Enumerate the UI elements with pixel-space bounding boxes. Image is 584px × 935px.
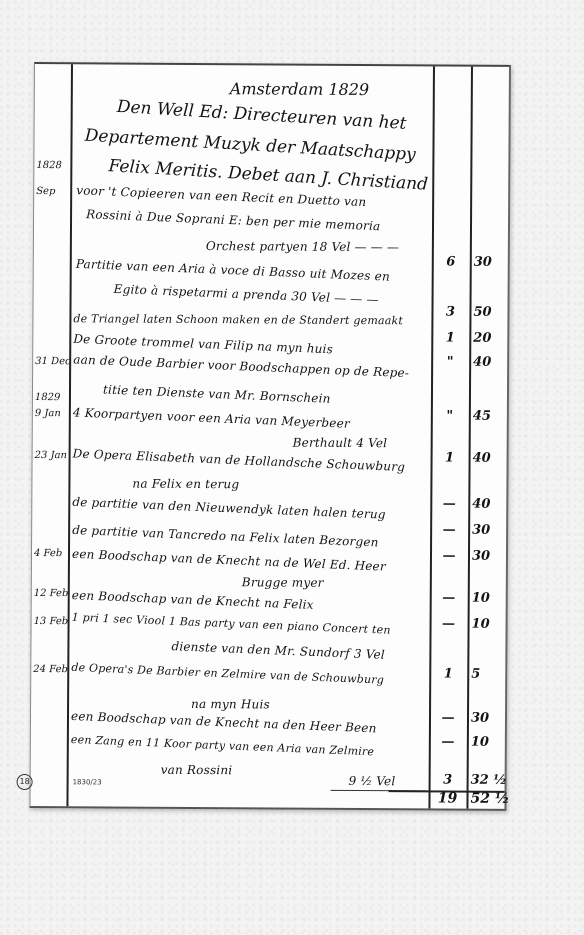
entry-text: na myn Huis: [191, 697, 270, 711]
entry-date: 31 Dec: [35, 356, 71, 367]
entry-guilders: —: [432, 616, 466, 631]
entry-date: 4 Feb: [34, 548, 62, 559]
date-column-rule: [66, 64, 72, 806]
entry-text: De Opera Elisabeth van de Hollandsche Sc…: [72, 446, 405, 474]
entry-cents: 30: [472, 549, 506, 564]
entry-guilders: —: [431, 734, 465, 749]
entry-guilders: 1: [433, 450, 467, 465]
entry-cents: 10: [472, 617, 506, 632]
entry-text: aan de Oude Barbier voor Boodschappen op…: [73, 352, 409, 380]
entry-guilders: 3: [433, 304, 467, 319]
entry-guilders: 6: [434, 254, 468, 269]
entry-text: 4 Koorpartyen voor een Aria van Meyerbee…: [73, 405, 350, 430]
entry-date: 9 Jan: [35, 408, 61, 419]
guilders-column-rule: [428, 66, 434, 808]
entry-text: de Opera's De Barbier en Zelmire van de …: [71, 661, 384, 687]
cents-column-rule: [466, 67, 472, 809]
entry-text: dienste van den Mr. Sundorf 3 Vel: [171, 639, 385, 662]
salutation: Den Well Ed: Directeuren van het: [116, 97, 407, 134]
entry-cents: 32 ½: [471, 773, 505, 788]
entry-date: 24 Feb: [33, 664, 68, 675]
entry-guilders: —: [432, 522, 466, 537]
entry-guilders: 1: [431, 666, 465, 681]
entry-guilders: ": [433, 408, 467, 423]
entry-text: Brugge myer: [242, 575, 324, 589]
entry-cents: 30: [472, 523, 506, 538]
entry-cents: 20: [473, 331, 507, 346]
entry-cents: 40: [473, 355, 507, 370]
entry-cents: 30: [474, 255, 508, 270]
entry-text: na Felix en terug: [132, 477, 239, 492]
entry-text: de Triangel laten Schoon maken en de Sta…: [73, 312, 403, 327]
entry-cents: 10: [471, 735, 505, 750]
entry-cents: 40: [472, 497, 506, 512]
total-guilders: 19: [430, 790, 464, 806]
entry-guilders: 3: [431, 772, 465, 787]
entry-date: 1829: [35, 392, 61, 403]
invoice-sheet: Amsterdam 1829 Den Well Ed: Directeuren …: [29, 62, 511, 811]
entry-guilders: —: [432, 548, 466, 563]
entry-text: de partitie van Tancredo na Felix laten …: [72, 523, 379, 550]
entry-text: een Boodschap van de Knecht na Felix: [72, 588, 314, 612]
entry-guilders: —: [432, 590, 466, 605]
entry-text: titie ten Dienste van Mr. Bornschein: [103, 382, 331, 405]
entry-text: Egito à rispetarmi a prenda 30 Vel — — —: [113, 282, 379, 307]
entry-guilders: ": [433, 354, 467, 369]
entry-cents: 5: [471, 667, 505, 682]
entry-text: een Boodschap van de Knecht na den Heer …: [71, 709, 377, 736]
entry-text: 1 pri 1 sec Viool 1 Bas party van een pi…: [71, 611, 390, 637]
entry-guilders: —: [431, 710, 465, 725]
entry-text: Rossini à Due Soprani E: ben per mie mem…: [86, 207, 381, 233]
entry-text: Orchest partyen 18 Vel — — —: [206, 239, 399, 254]
entry-cents: 50: [473, 305, 507, 320]
entry-cents: 30: [471, 711, 505, 726]
entry-text: van Rossini: [161, 763, 233, 777]
entry-guilders: —: [432, 496, 466, 511]
entry-cents: 40: [473, 451, 507, 466]
entry-cents: 10: [472, 591, 506, 606]
entry-text: de partitie van den Nieuwendyk laten hal…: [72, 495, 386, 522]
place-date: Amsterdam 1829: [230, 79, 369, 99]
total-cents: 52 ½: [470, 791, 504, 807]
entry-text: Berthault 4 Vel: [293, 436, 388, 451]
entry-date: Sep: [36, 186, 55, 197]
archive-reference: 1830/23: [73, 778, 102, 786]
entry-date: 12 Feb: [34, 588, 69, 599]
folio-number: 18: [17, 774, 33, 790]
entry-date: 1828: [36, 160, 62, 171]
entry-text: een Boodschap van de Knecht na de Wel Ed…: [72, 547, 386, 574]
entry-guilders: 1: [433, 330, 467, 345]
entry-date: 13 Feb: [34, 616, 69, 627]
entry-cents: 45: [473, 409, 507, 424]
entry-subnote: 9 ½ Vel: [349, 774, 396, 788]
entry-text: een Zang en 11 Koor party van een Aria v…: [71, 733, 375, 758]
entry-text: De Groote trommel van Filip na myn huis: [73, 332, 333, 357]
entry-date: 23 Jan: [35, 450, 67, 461]
entry-text: Partitie van een Aria à voce di Basso ui…: [76, 257, 391, 284]
